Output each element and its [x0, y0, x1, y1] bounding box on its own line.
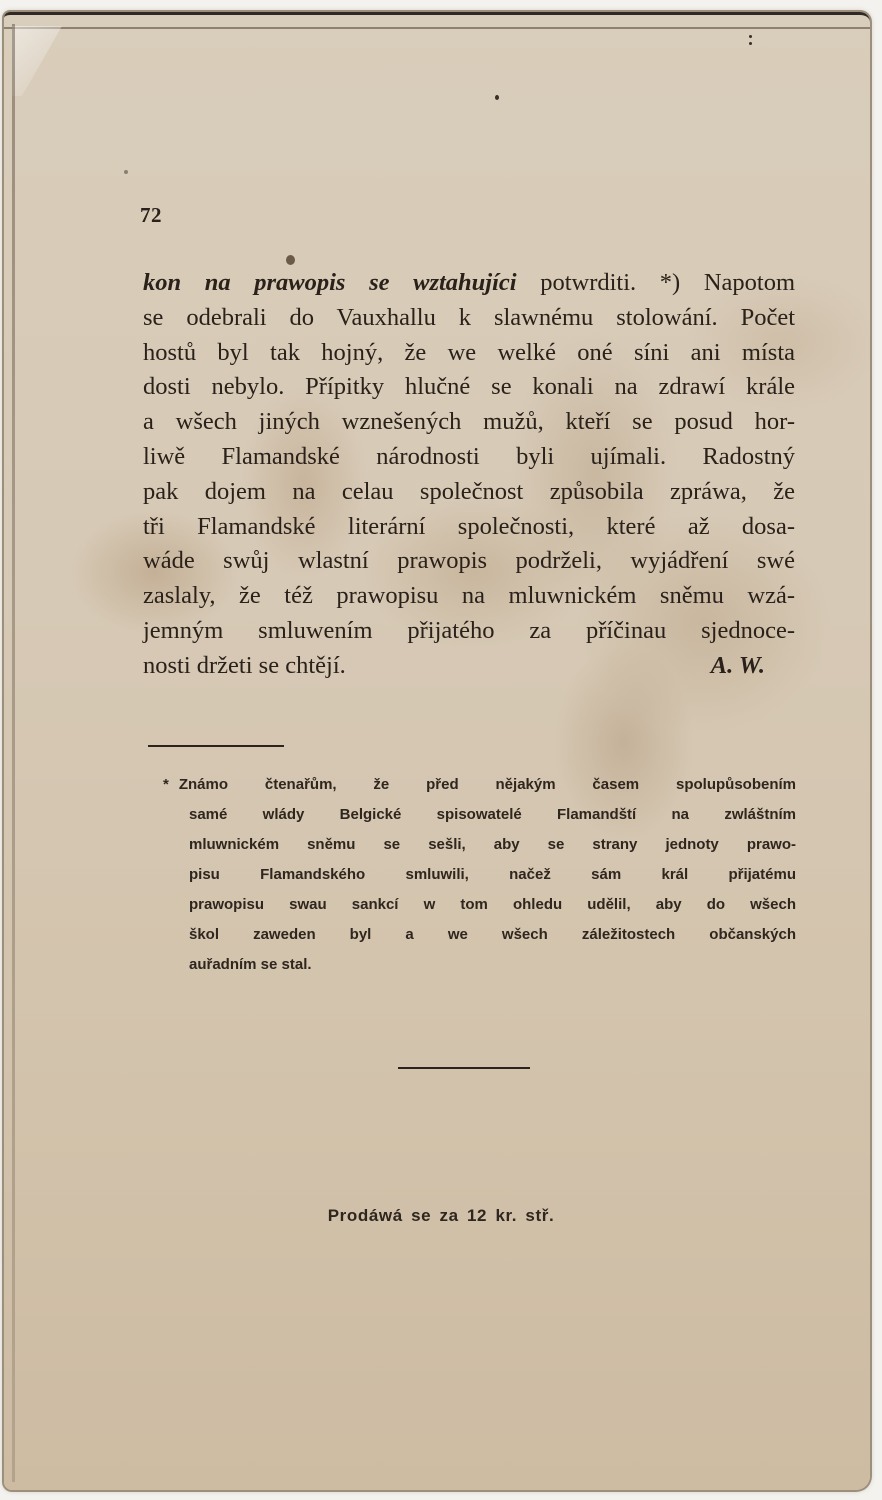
body-line: pak dojem na celau společnost způsobila … — [143, 475, 795, 510]
footnote-line: auřadním se stal. — [163, 950, 796, 980]
footnote-line: samé wlády Belgické spisowatelé Flamandš… — [163, 800, 796, 830]
footnote-line: škol zaweden byl a we wšech záležitostec… — [163, 920, 796, 950]
ink-speck — [495, 95, 499, 100]
body-line: zaslaly, že též prawopisu na mluwnickém … — [143, 579, 795, 614]
body-line: kon na prawopis se wztahujíci potwrditi.… — [143, 266, 795, 301]
footnote-line: pisu Flamandského smluwili, načež sám kr… — [163, 860, 796, 890]
body-line: wáde swůj wlastní prawopis podrželi, wyj… — [143, 544, 795, 579]
ink-speck — [749, 35, 752, 38]
body-line: jemným smluwením přijatého za příčinau s… — [143, 614, 795, 649]
body-line: hostů byl tak hojný, že we welké oné sín… — [143, 336, 795, 371]
scanned-page — [4, 12, 870, 1490]
folded-corner — [12, 26, 62, 96]
ink-speck — [124, 170, 128, 174]
body-line: liwě Flamandské národnosti byli ujímali.… — [143, 440, 795, 475]
body-line: dosti nebylo. Přípitky hlučné se konali … — [143, 370, 795, 405]
body-line: tři Flamandské literární společnosti, kt… — [143, 510, 795, 545]
ink-speck — [749, 42, 752, 45]
ink-speck — [286, 255, 295, 265]
footnote-line: *Známo čtenařům, že před nějakým časem s… — [163, 770, 796, 800]
body-line: a wšech jiných wznešených mužů, kteří se… — [143, 405, 795, 440]
body-line: se odebrali do Vauxhallu k slawnému stol… — [143, 301, 795, 336]
article-body: kon na prawopis se wztahujíci potwrditi.… — [143, 266, 795, 684]
footnote-marker: * — [163, 776, 169, 793]
price-note: Prodáwá se za 12 kr. stř. — [0, 1206, 882, 1226]
footnote-line: mluwnickém sněmu se sešli, aby se strany… — [163, 830, 796, 860]
body-italic-phrase: kon na prawopis se wztahujíci — [143, 269, 517, 296]
author-signature: A. W. — [711, 649, 795, 684]
footnote-separator-rule — [148, 745, 284, 747]
closing-rule — [398, 1067, 530, 1069]
body-line: nosti držeti se chtějí.A. W. — [143, 649, 795, 684]
footnote-line: prawopisu swau sankcí w tom ohledu uděli… — [163, 890, 796, 920]
page-number: 72 — [140, 203, 162, 228]
footnote: *Známo čtenařům, že před nějakým časem s… — [163, 770, 796, 980]
